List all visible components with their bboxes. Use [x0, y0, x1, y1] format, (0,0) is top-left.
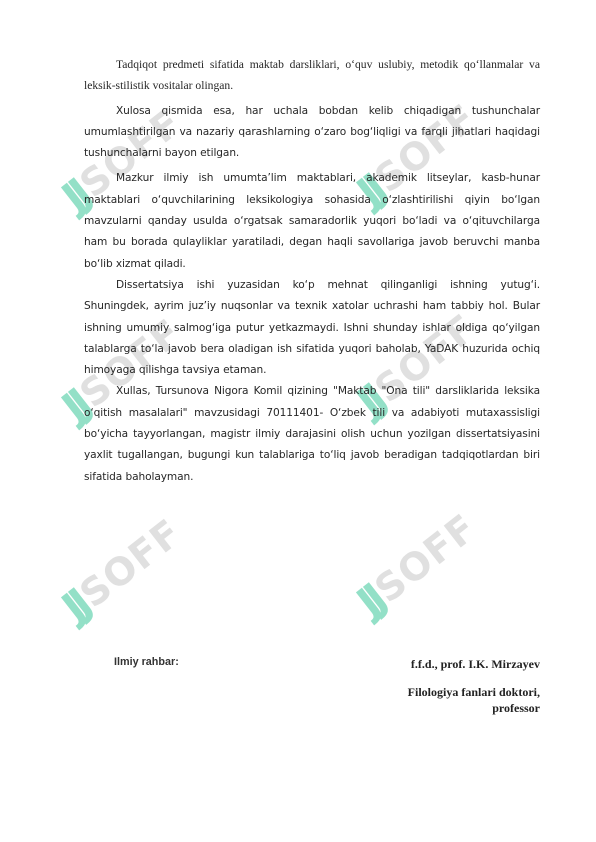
supervisor-name: f.f.d., prof. I.K. Mirzayev	[408, 656, 540, 672]
supervisor-label: Ilmiy rahbar:	[114, 656, 179, 668]
watermark-logo-icon: JJ	[54, 583, 96, 630]
paragraph-significance: Mazkur ilmiy ish umumta’lim maktablari, …	[84, 168, 540, 274]
supervisor-info: f.f.d., prof. I.K. Mirzayev Filologiya f…	[408, 656, 540, 716]
paragraph-conclusion: Xulosa qismida esa, har uchala bobdan ke…	[84, 101, 540, 165]
document-body: Tadqiqot predmeti sifatida maktab darsli…	[84, 54, 540, 488]
watermark-logo-icon: JJ	[349, 578, 391, 625]
supervisor-rank: professor	[408, 700, 540, 716]
paragraph-subject: Tadqiqot predmeti sifatida maktab darsli…	[84, 54, 540, 97]
paragraph-summary: Xullas, Tursunova Nigora Komil qizining …	[84, 381, 540, 487]
paragraph-evaluation: Dissertatsiya ishi yuzasidan ko‘p mehnat…	[84, 275, 540, 381]
document-page: JJ SOFF JJ SOFF JJ SOFF JJ SOFF JJ SOFF …	[0, 0, 596, 842]
watermark: JJ SOFF	[50, 484, 221, 636]
supervisor-degree: Filologiya fanlari doktori,	[408, 684, 540, 700]
watermark: JJ SOFF	[345, 479, 516, 631]
